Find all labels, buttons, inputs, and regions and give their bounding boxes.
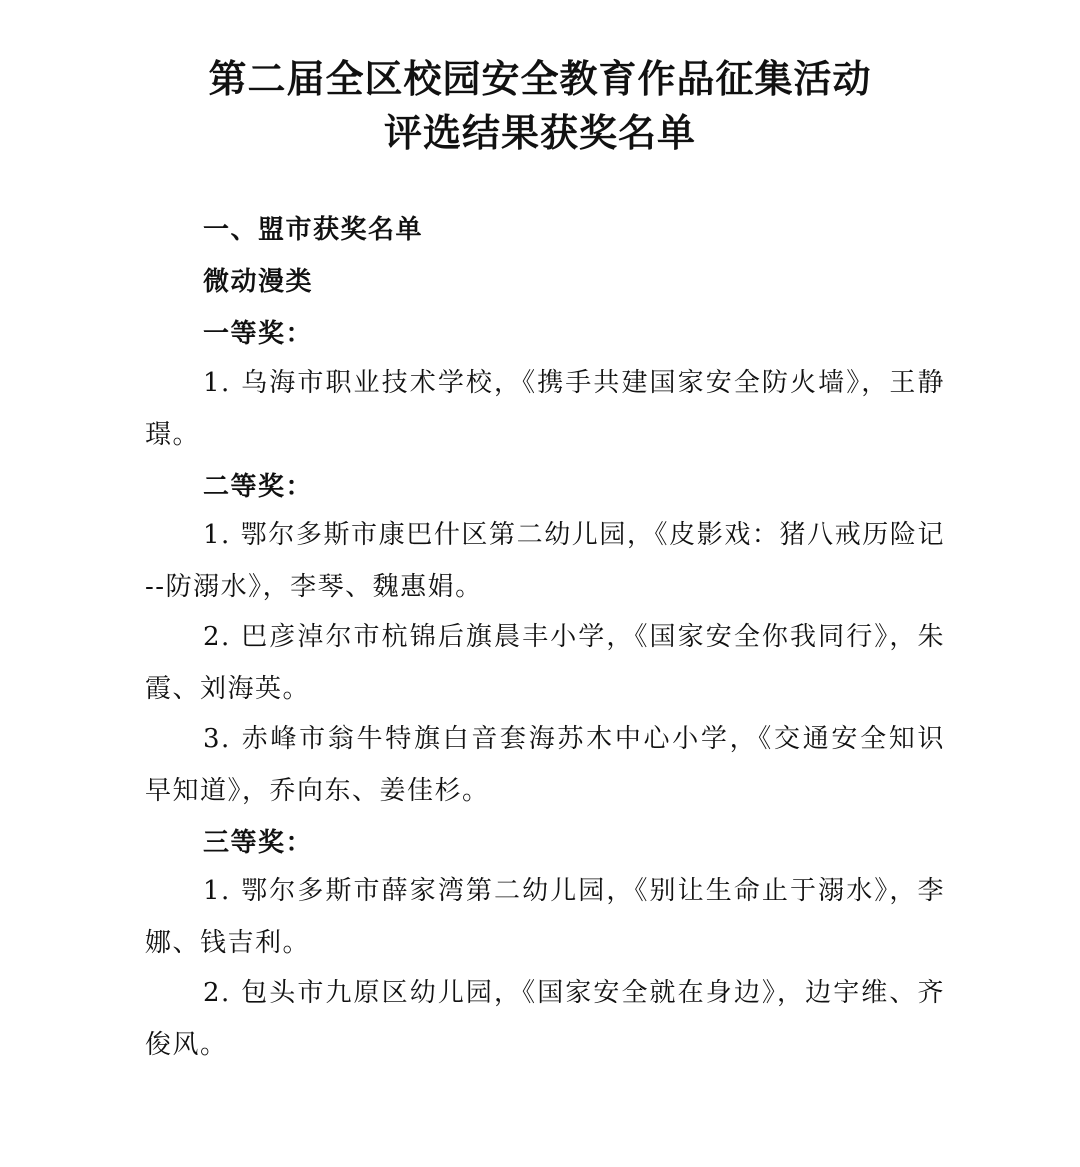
- category-heading: 微动漫类: [203, 265, 1003, 299]
- award-level-third: 三等奖：: [203, 826, 1003, 860]
- award-level-second: 二等奖：: [203, 470, 1003, 504]
- award-entry-line: 3. 赤峰市翁牛特旗白音套海苏木中心小学，《交通安全知识: [203, 722, 945, 756]
- section-heading: 一、盟市获奖名单: [203, 213, 1003, 247]
- award-entry-line: 璟。: [145, 418, 945, 452]
- award-entry-line: 早知道》，乔向东、姜佳杉。: [145, 774, 945, 808]
- award-entry-line: 1. 鄂尔多斯市康巴什区第二幼儿园，《皮影戏：猪八戒历险记: [203, 518, 945, 552]
- award-level-first: 一等奖：: [203, 317, 1003, 351]
- document-title-line2: 评选结果获奖名单: [0, 102, 1080, 157]
- award-entry-line: 霞、刘海英。: [145, 672, 945, 706]
- award-entry-line: 2. 包头市九原区幼儿园，《国家安全就在身边》，边宇维、齐: [203, 976, 945, 1010]
- document-title-line1: 第二届全区校园安全教育作品征集活动: [0, 48, 1080, 103]
- award-entry-line: 1. 乌海市职业技术学校，《携手共建国家安全防火墙》，王静: [203, 366, 945, 400]
- award-entry-line: --防溺水》，李琴、魏惠娟。: [145, 570, 945, 604]
- award-entry-line: 娜、钱吉利。: [145, 926, 945, 960]
- award-entry-line: 2. 巴彦淖尔市杭锦后旗晨丰小学，《国家安全你我同行》，朱: [203, 620, 945, 654]
- award-entry-line: 俊风。: [145, 1028, 945, 1062]
- award-entry-line: 1. 鄂尔多斯市薛家湾第二幼儿园，《别让生命止于溺水》，李: [203, 874, 945, 908]
